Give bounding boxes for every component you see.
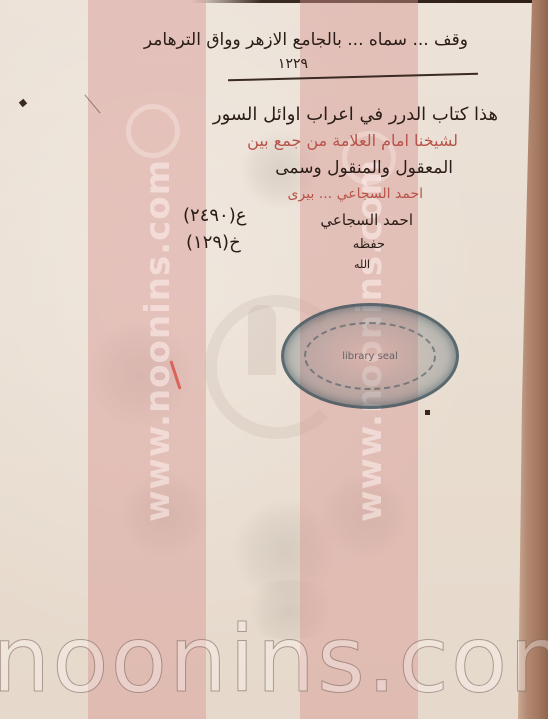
watermark-vertical-text: www.noonins.com (138, 80, 178, 600)
library-stamp: library seal (281, 303, 459, 409)
paper-scratch (19, 99, 27, 107)
title-line-2: لشيخنا امام العلامة من جمع بين (247, 131, 458, 150)
ownership-note: وقف ... سماه ... بالجامع الازهر وواق الت… (144, 30, 468, 50)
mosque-logo-icon (248, 305, 276, 375)
shelf-mark-2: خ(١٢٩) (186, 232, 241, 253)
title-line-7: الله (354, 258, 370, 271)
ownership-date: ١٢٢٩ (278, 56, 308, 72)
stamp-label: library seal (304, 322, 436, 390)
ink-dot (425, 410, 430, 415)
title-line-4: احمد السجاعي ... بيرى (288, 186, 423, 202)
title-line-1: هذا كتاب الدرر في اعراب اوائل السور (213, 104, 498, 125)
title-line-3: المعقول والمنقول وسمى (275, 158, 453, 178)
title-line-5: احمد السجاعي (320, 211, 413, 229)
shelf-mark-1: ع(٢٤٩٠) (183, 205, 246, 226)
title-line-6: حفظه (353, 237, 385, 252)
watermark-bottom-text: noonins.com (0, 610, 548, 710)
manuscript-page: www.noonins.com www.noonins.com وقف ... … (0, 0, 548, 719)
